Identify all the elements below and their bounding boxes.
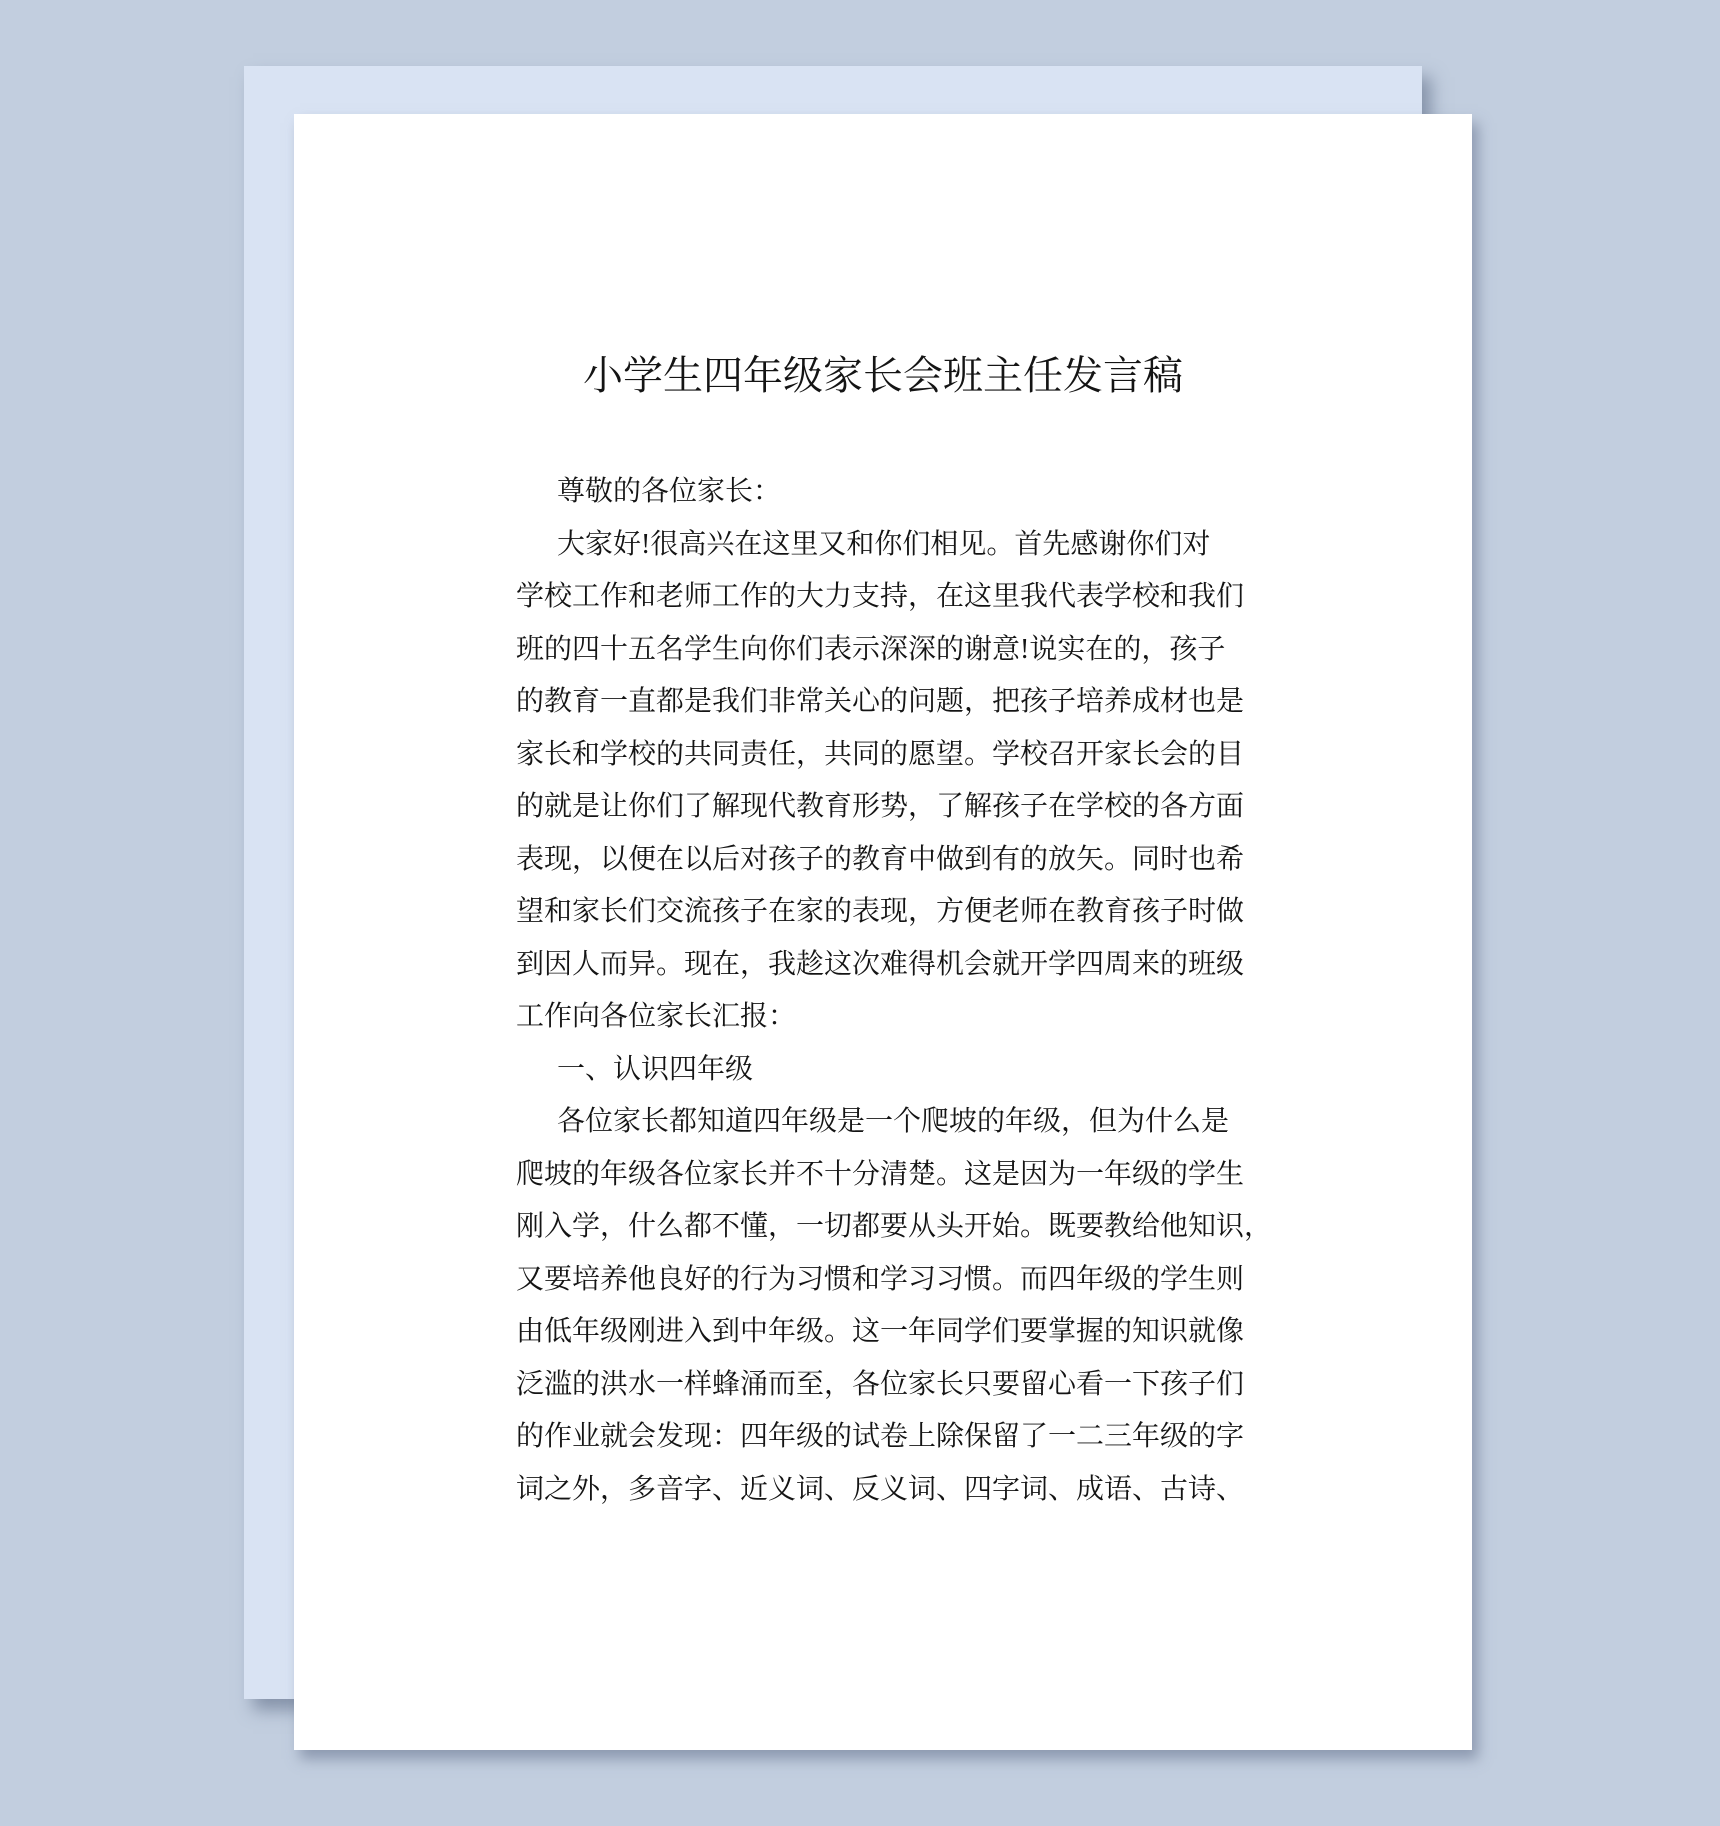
text-line: 尊敬的各位家长：: [516, 466, 1262, 519]
text-line: 爬坡的年级各位家长并不十分清楚。这是因为一年级的学生: [516, 1149, 1262, 1202]
document-title: 小学生四年级家长会班主任发言稿: [294, 348, 1472, 404]
text-line: 工作向各位家长汇报：: [516, 991, 1262, 1044]
text-line: 的教育一直都是我们非常关心的问题，把孩子培养成材也是: [516, 676, 1262, 729]
text-line: 的就是让你们了解现代教育形势，了解孩子在学校的各方面: [516, 781, 1262, 834]
text-line: 刚入学，什么都不懂，一切都要从头开始。既要教给他知识，: [516, 1201, 1262, 1254]
text-line: 望和家长们交流孩子在家的表现，方便老师在教育孩子时做: [516, 886, 1262, 939]
document-page: 小学生四年级家长会班主任发言稿 尊敬的各位家长： 大家好!很高兴在这里又和你们相…: [294, 114, 1472, 1750]
document-body: 尊敬的各位家长： 大家好!很高兴在这里又和你们相见。首先感谢你们对 学校工作和老…: [294, 466, 1472, 1516]
text-line: 各位家长都知道四年级是一个爬坡的年级，但为什么是: [516, 1096, 1262, 1149]
text-line: 班的四十五名学生向你们表示深深的谢意!说实在的，孩子: [516, 624, 1262, 677]
text-line: 一、认识四年级: [516, 1044, 1262, 1097]
text-line: 到因人而异。现在，我趁这次难得机会就开学四周来的班级: [516, 939, 1262, 992]
text-line: 由低年级刚进入到中年级。这一年同学们要掌握的知识就像: [516, 1306, 1262, 1359]
text-line: 大家好!很高兴在这里又和你们相见。首先感谢你们对: [516, 519, 1262, 572]
text-line: 的作业就会发现：四年级的试卷上除保留了一二三年级的字: [516, 1411, 1262, 1464]
text-line: 泛滥的洪水一样蜂涌而至，各位家长只要留心看一下孩子们: [516, 1359, 1262, 1412]
text-line: 学校工作和老师工作的大力支持，在这里我代表学校和我们: [516, 571, 1262, 624]
text-line: 词之外，多音字、近义词、反义词、四字词、成语、古诗、: [516, 1464, 1262, 1517]
text-line: 又要培养他良好的行为习惯和学习习惯。而四年级的学生则: [516, 1254, 1262, 1307]
text-line: 表现，以便在以后对孩子的教育中做到有的放矢。同时也希: [516, 834, 1262, 887]
text-line: 家长和学校的共同责任，共同的愿望。学校召开家长会的目: [516, 729, 1262, 782]
